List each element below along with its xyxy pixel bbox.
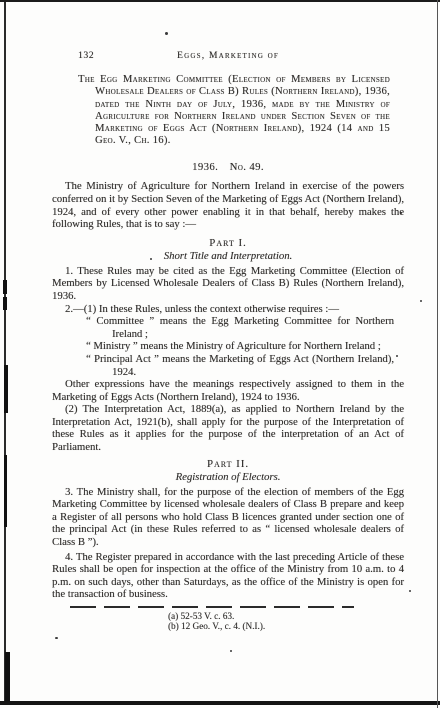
document-title: The Egg Marketing Committee (Election of… (95, 74, 404, 148)
instrument-number: 1936. No. 49. (52, 161, 404, 174)
page-header: 132 Eggs, Marketing of (52, 50, 404, 62)
footnotes: (a) 52-53 V. c. 63. (b) 12 Geo. V., c. 4… (168, 611, 404, 632)
definition-committee: “ Committee ” means the Egg Marketing Co… (112, 315, 394, 340)
footnote-divider (70, 606, 354, 608)
part1-subheading: Short Title and Interpretation. (52, 250, 404, 263)
footnote-a: (a) 52-53 V. c. 63. (168, 611, 404, 622)
part2-subheading: Registration of Electors. (52, 471, 404, 484)
rule-2-intro: 2.—(1) In these Rules, unless the contex… (52, 303, 404, 316)
other-expressions-paragraph: Other expressions have the meanings resp… (52, 378, 404, 403)
definition-principal-act: “ Principal Act ” means the Marketing of… (112, 353, 394, 378)
scanned-document-page: 132 Eggs, Marketing of The Egg Marketing… (0, 0, 440, 708)
running-header: Eggs, Marketing of (52, 50, 404, 63)
page-number: 132 (78, 50, 94, 63)
part2-heading: Part II. (52, 458, 404, 471)
rule-1: 1. These Rules may be cited as the Egg M… (52, 265, 404, 303)
definition-ministry: “ Ministry ” means the Ministry of Agric… (112, 340, 394, 353)
footnote-b: (b) 12 Geo. V., c. 4. (N.I.). (168, 621, 404, 632)
rule-4: 4. The Register prepared in accordance w… (52, 551, 404, 601)
rule-2-subsection-2: (2) The Interpretation Act, 1889(a), as … (52, 403, 404, 453)
page-content: 132 Eggs, Marketing of The Egg Marketing… (0, 0, 440, 708)
part1-heading: Part I. (52, 237, 404, 250)
preamble-paragraph: The Ministry of Agriculture for Northern… (52, 180, 404, 230)
rule-3: 3. The Ministry shall, for the purpose o… (52, 486, 404, 549)
